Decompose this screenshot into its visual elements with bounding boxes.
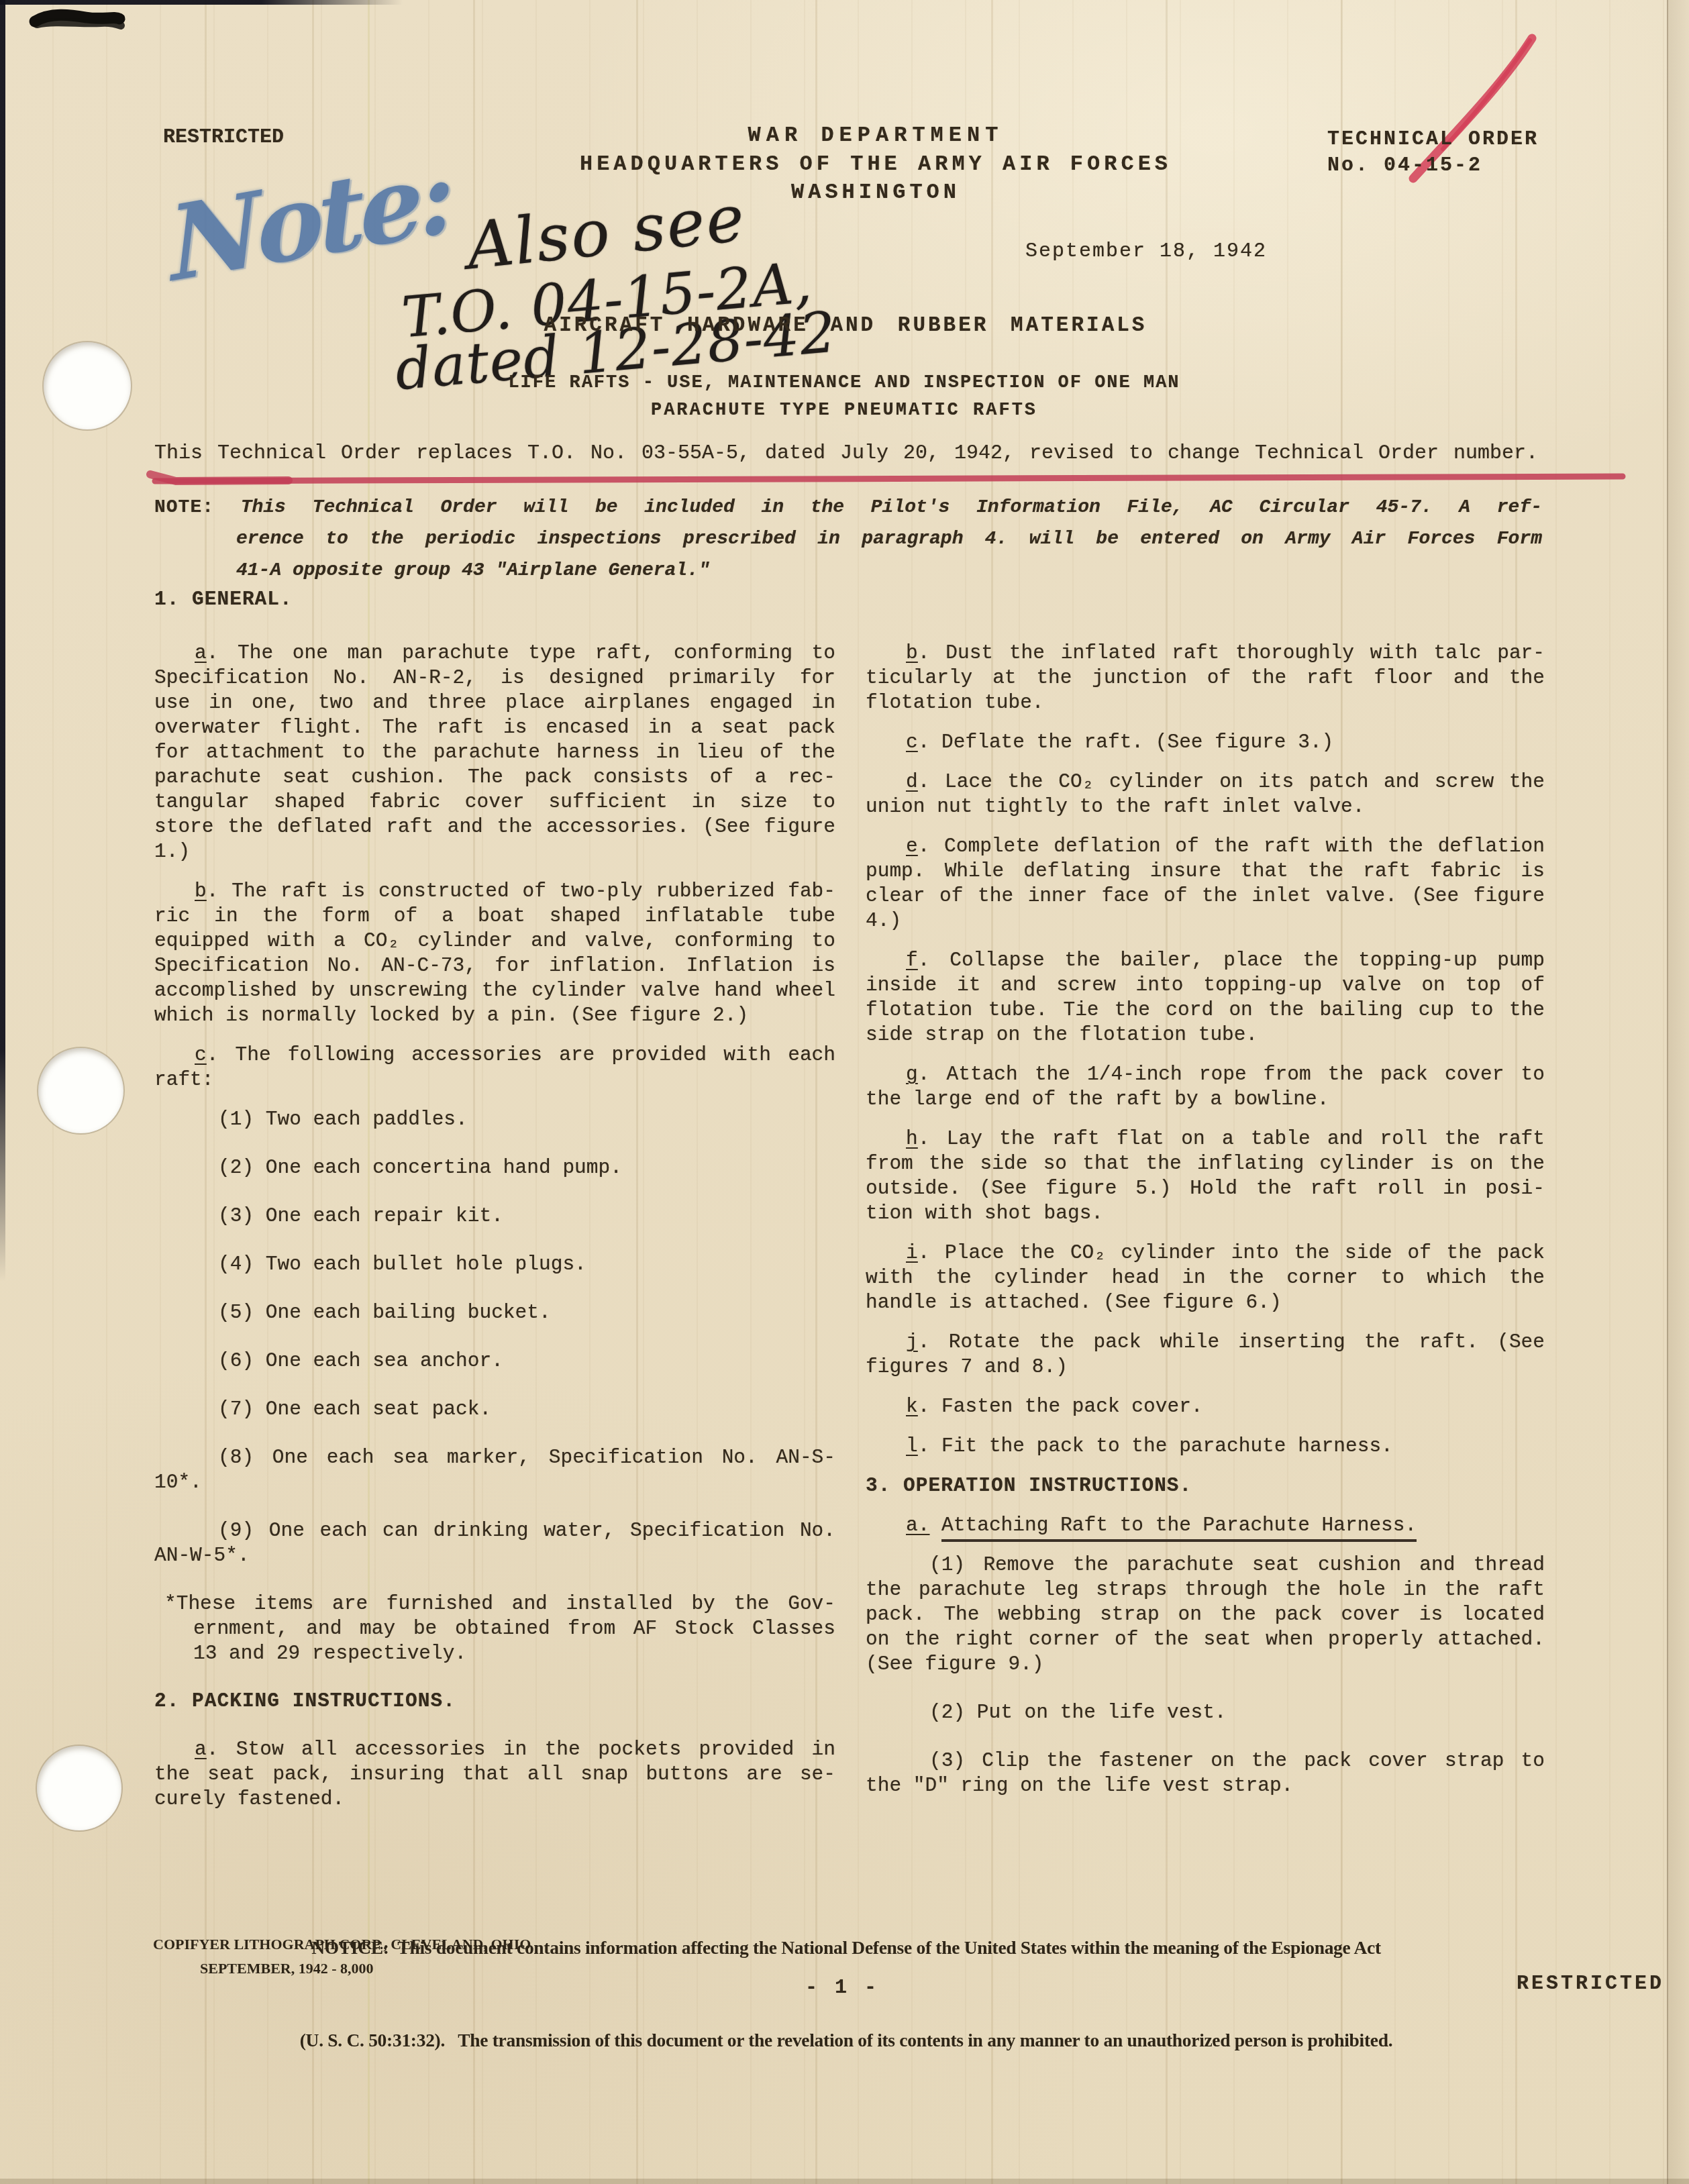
- para-2l: l. Fit the pack to the parachute harness…: [866, 1434, 1545, 1459]
- list-item-5: (5) One each bailing bucket.: [154, 1300, 835, 1325]
- page-edge-shade: [1668, 0, 1689, 2184]
- para-3a-heading: a. Attaching Raft to the Parachute Harne…: [866, 1513, 1545, 1538]
- scanned-document-page: RESTRICTED WAR DEPARTMENT HEADQUARTERS O…: [0, 0, 1689, 2184]
- para-2i: i. Place the CO₂ cylinder into the side …: [866, 1241, 1545, 1315]
- list-item-3: (3) One each repair kit.: [154, 1204, 835, 1229]
- para-1b: b. The raft is constructed of two-ply ru…: [154, 879, 835, 1028]
- scan-edge-bottom: [0, 2179, 1689, 2184]
- pilot-file-note: NOTE: This Technical Order will be inclu…: [154, 492, 1542, 586]
- printer-line-1: COPIFYER LITHOGRAPH CORP., CLEVELAND, OH…: [153, 1932, 531, 1957]
- list-item-9: (9) One each can drinking water, Specifi…: [154, 1518, 835, 1568]
- replaces-statement: This Technical Order replaces T.O. No. 0…: [154, 441, 1538, 466]
- header-department: WAR DEPARTMENT: [748, 123, 1004, 148]
- espionage-notice-line-2: (U. S. C. 50:31:32). The transmission of…: [154, 2025, 1538, 2056]
- op-item-3: (3) Clip the fastener on the pack cover …: [866, 1749, 1545, 1798]
- handwritten-line-1: Also see: [463, 180, 749, 284]
- para-3a-title: Attaching Raft to the Parachute Harness.: [941, 1514, 1417, 1542]
- punch-hole-top: [44, 342, 131, 429]
- technical-order-label: TECHNICAL ORDER: [1327, 125, 1539, 154]
- page-number: - 1 -: [805, 1977, 879, 1999]
- header-classification: RESTRICTED: [163, 126, 284, 149]
- para-2k: k. Fasten the pack cover.: [866, 1394, 1545, 1419]
- para-2h: h. Lay the raft flat on a table and roll…: [866, 1127, 1545, 1226]
- section-2-heading: 2. PACKING INSTRUCTIONS.: [154, 1689, 835, 1714]
- accessories-list: (1) Two each paddles. (2) One each conce…: [154, 1107, 835, 1568]
- technical-order-number: No. 04-15-2: [1327, 154, 1482, 177]
- printer-line-2: SEPTEMBER, 1942 - 8,000: [200, 1957, 531, 1981]
- list-item-7: (7) One each seat pack.: [154, 1397, 835, 1422]
- right-column: b. Dust the inflated raft thoroughly wit…: [866, 641, 1545, 1822]
- section-1-heading: 1. GENERAL.: [154, 587, 835, 612]
- asterisk-footnote: *These items are furnished and installed…: [154, 1592, 835, 1666]
- punch-hole-middle: [38, 1048, 123, 1133]
- left-column: 1. GENERAL. a. The one man parachute typ…: [154, 587, 835, 1826]
- punch-hole-bottom: [37, 1746, 121, 1830]
- para-2b: b. Dust the inflated raft thoroughly wit…: [866, 641, 1545, 715]
- para-1a: a. The one man parachute type raft, conf…: [154, 641, 835, 864]
- para-2a: a. Stow all accessories in the pockets p…: [154, 1737, 835, 1812]
- para-2e: e. Complete deflation of the raft with t…: [866, 834, 1545, 933]
- document-subtitle-2: PARACHUTE TYPE PNEUMATIC RAFTS: [651, 401, 1037, 421]
- section-3-heading: 3. OPERATION INSTRUCTIONS.: [866, 1473, 1545, 1498]
- list-item-1: (1) Two each paddles.: [154, 1107, 835, 1132]
- para-2d: d. Lace the CO₂ cylinder on its patch an…: [866, 770, 1545, 819]
- document-subtitle-1: LIFE RAFTS - USE, MAINTENANCE AND INSPEC…: [508, 373, 1180, 393]
- para-3a-letter: a.: [906, 1514, 929, 1537]
- document-date: September 18, 1942: [1025, 240, 1267, 263]
- para-1c: c. The following accessories are provide…: [154, 1043, 835, 1092]
- op-item-1: (1) Remove the parachute seat cushion an…: [866, 1553, 1545, 1677]
- list-item-2: (2) One each concertina hand pump.: [154, 1155, 835, 1180]
- list-item-8: (8) One each sea marker, Specification N…: [154, 1445, 835, 1495]
- para-2c: c. Deflate the raft. (See figure 3.): [866, 730, 1545, 755]
- op-item-2: (2) Put on the life vest.: [866, 1700, 1545, 1725]
- handwritten-note-label: Note:: [166, 135, 454, 305]
- para-2g: g. Attach the 1/4-inch rope from the pac…: [866, 1062, 1545, 1112]
- para-2j: j. Rotate the pack while inserting the r…: [866, 1330, 1545, 1380]
- scan-edge-top: [0, 0, 403, 5]
- document-title: AIRCRAFT HARDWARE AND RUBBER MATERIALS: [544, 314, 1147, 337]
- list-item-4: (4) Two each bullet hole plugs.: [154, 1252, 835, 1277]
- printer-imprint: COPIFYER LITHOGRAPH CORP., CLEVELAND, OH…: [153, 1932, 531, 1981]
- list-item-6: (6) One each sea anchor.: [154, 1349, 835, 1373]
- header-location: WASHINGTON: [791, 180, 960, 205]
- black-scribble-mark: [35, 15, 121, 25]
- red-underline-mark: [150, 474, 1623, 481]
- footer-classification: RESTRICTED: [1517, 1973, 1664, 1995]
- para-2f: f. Collapse the bailer, place the toppin…: [866, 948, 1545, 1047]
- header-headquarters: HEADQUARTERS OF THE ARMY AIR FORCES: [580, 152, 1172, 176]
- scan-edge-left: [0, 0, 5, 1282]
